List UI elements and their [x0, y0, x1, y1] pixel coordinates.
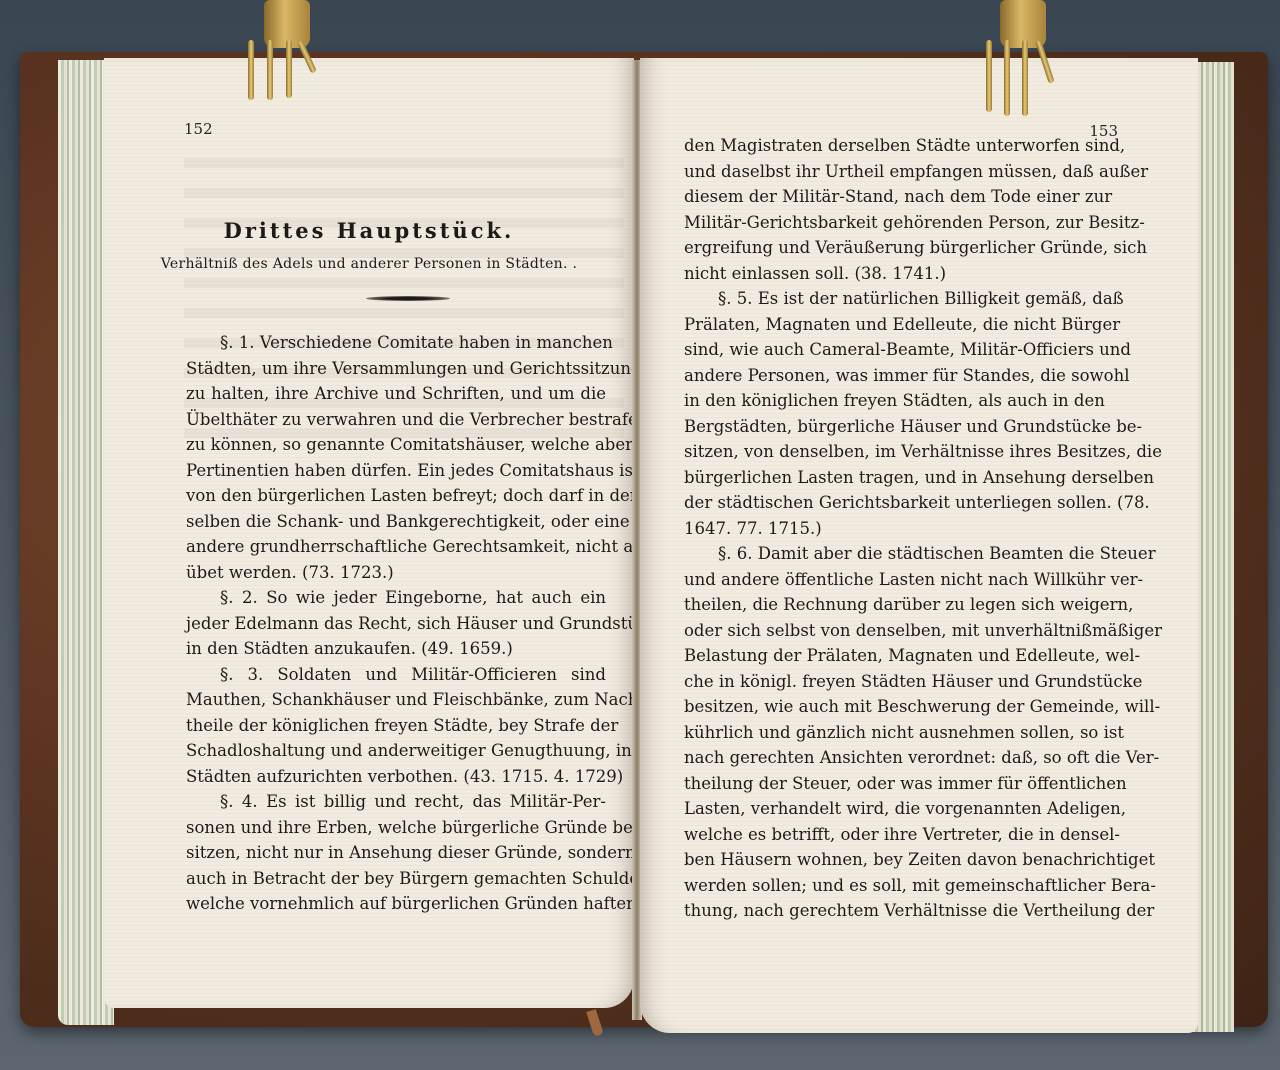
body-text: §. 1. Verschiedene Comitate haben in man… — [186, 330, 606, 917]
body-text: den Magistraten derselben Städte unterwo… — [684, 133, 1104, 924]
brass-hand-page-clip-right — [980, 0, 1060, 100]
text-line: Städten, um ihre Versammlungen und Geric… — [186, 356, 606, 382]
text-line: Prälaten, Magnaten und Edelleute, die ni… — [684, 312, 1104, 338]
paragraph-1: §. 1. Verschiedene Comitate haben in man… — [186, 330, 606, 356]
chapter-subtitle: Verhältniß des Adels und anderer Persone… — [104, 256, 634, 272]
text-line: auch in Betracht der bey Bürgern gemacht… — [186, 866, 606, 892]
right-page: 153 den Magistraten derselben Städte unt… — [640, 58, 1198, 1033]
text-line: von den bürgerlichen Lasten befreyt; doc… — [186, 483, 606, 509]
page-edges-right — [1192, 62, 1234, 1032]
text-line: Belastung der Prälaten, Magnaten und Ede… — [684, 643, 1104, 669]
paragraph-2: §. 2. So wie jeder Eingeborne, hat auch … — [186, 585, 606, 611]
text-line: der städtischen Gerichtsbarkeit unterlie… — [684, 490, 1104, 516]
text-line: theile der königlichen freyen Städte, be… — [186, 713, 606, 739]
text-line: besitzen, wie auch mit Beschwerung der G… — [684, 694, 1104, 720]
text-line: kührlich und gänzlich nicht ausnehmen so… — [684, 720, 1104, 746]
text-line: welche es betrifft, oder ihre Vertreter,… — [684, 822, 1104, 848]
text-line: Übelthäter zu verwahren und die Verbrech… — [186, 407, 606, 433]
text-line: nach gerechten Ansichten verordnet: daß,… — [684, 745, 1104, 771]
left-page: 152 Drittes Hauptstück. Verhältniß des A… — [104, 58, 634, 1008]
text-line: jeder Edelmann das Recht, sich Häuser un… — [186, 611, 606, 637]
text-line: Städten aufzurichten verbothen. (43. 171… — [186, 764, 606, 790]
text-line: ergreifung und Veräußerung bürgerlicher … — [684, 235, 1104, 261]
text-line: Militär-Gerichtsbarkeit gehörenden Perso… — [684, 210, 1104, 236]
text-line: ben Häusern wohnen, bey Zeiten davon ben… — [684, 847, 1104, 873]
brass-hand-page-clip-left — [244, 0, 324, 100]
text-line: zu halten, ihre Archive und Schriften, u… — [186, 381, 606, 407]
text-line: theilen, die Rechnung darüber zu legen s… — [684, 592, 1104, 618]
text-line: welche vornehmlich auf bürgerlichen Grün… — [186, 891, 606, 917]
text-line: oder sich selbst von denselben, mit unve… — [684, 618, 1104, 644]
text-line: Mauthen, Schankhäuser und Fleischbänke, … — [186, 687, 606, 713]
text-line: bürgerlichen Lasten tragen, und in Anseh… — [684, 465, 1104, 491]
page-number: 152 — [184, 120, 213, 138]
text-line: und daselbst ihr Urtheil empfangen müsse… — [684, 159, 1104, 185]
text-line: und andere öffentliche Lasten nicht nach… — [684, 567, 1104, 593]
text-line: 1647. 77. 1715.) — [684, 516, 1104, 542]
text-line: che in königl. freyen Städten Häuser und… — [684, 669, 1104, 695]
text-line: übet werden. (73. 1723.) — [186, 560, 606, 586]
text-line: diesem der Militär-Stand, nach dem Tode … — [684, 184, 1104, 210]
text-line: in den königlichen freyen Städten, als a… — [684, 388, 1104, 414]
paragraph-6: §. 6. Damit aber die städtischen Beamten… — [684, 541, 1104, 567]
text-line: Bergstädten, bürgerliche Häuser und Grun… — [684, 414, 1104, 440]
text-line: den Magistraten derselben Städte unterwo… — [684, 133, 1104, 159]
text-line: sitzen, nicht nur in Ansehung dieser Grü… — [186, 840, 606, 866]
text-line: sind, wie auch Cameral-Beamte, Militär-O… — [684, 337, 1104, 363]
text-line: in den Städten anzukaufen. (49. 1659.) — [186, 636, 606, 662]
text-line: selben die Schank- und Bankgerechtigkeit… — [186, 509, 606, 535]
text-line: sitzen, von denselben, im Verhältnisse i… — [684, 439, 1104, 465]
text-line: sonen und ihre Erben, welche bürgerliche… — [186, 815, 606, 841]
paragraph-5: §. 5. Es ist der natürlichen Billigkeit … — [684, 286, 1104, 312]
text-line: nicht einlassen soll. (38. 1741.) — [684, 261, 1104, 287]
text-line: zu können, so genannte Comitatshäuser, w… — [186, 432, 606, 458]
text-line: werden sollen; und es soll, mit gemeinsc… — [684, 873, 1104, 899]
text-line: Schadloshaltung und anderweitiger Genugt… — [186, 738, 606, 764]
paragraph-3: §. 3. Soldaten und Militär-Officieren si… — [186, 662, 606, 688]
text-line: andere grundherrschaftliche Gerechtsamke… — [186, 534, 606, 560]
text-line: theilung der Steuer, oder was immer für … — [684, 771, 1104, 797]
text-line: thung, nach gerechtem Verhältnisse die V… — [684, 898, 1104, 924]
chapter-title: Drittes Hauptstück. — [104, 218, 634, 243]
text-line: Lasten, verhandelt wird, die vorgenannte… — [684, 796, 1104, 822]
ornament-divider — [366, 296, 450, 301]
text-line: Pertinentien haben dürfen. Ein jedes Com… — [186, 458, 606, 484]
text-line: andere Personen, was immer für Standes, … — [684, 363, 1104, 389]
paragraph-4: §. 4. Es ist billig und recht, das Milit… — [186, 789, 606, 815]
